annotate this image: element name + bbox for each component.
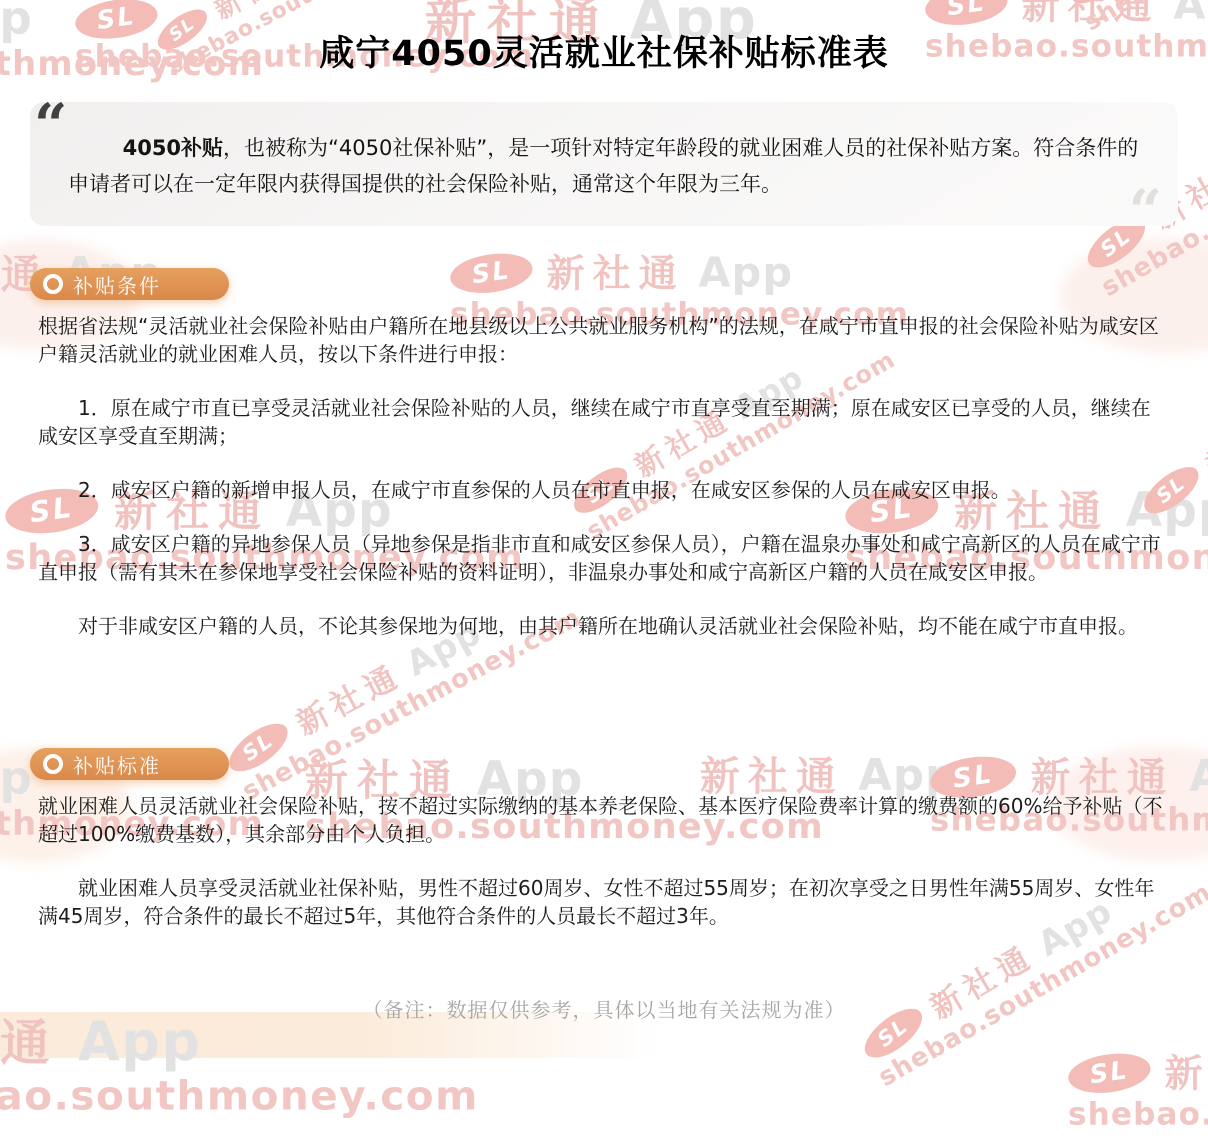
section-heading-label: 补贴条件 (73, 270, 161, 299)
watermark-sl-logo: SL (1066, 1049, 1153, 1098)
paragraph: 3．咸安区户籍的异地参保人员（异地参保是指非市直和咸安区参保人员），户籍在温泉办… (38, 530, 1170, 586)
paragraph: 就业困难人员享受灵活就业社保补贴，男性不超过60周岁、女性不超过55周岁；在初次… (38, 874, 1170, 930)
intro-quote-box: “ 4050补贴，也被称为“4050社保补贴”，是一项针对特定年龄段的就业困难人… (30, 102, 1178, 226)
paragraph: 对于非咸安区户籍的人员，不论其参保地为何地，由其户籍所在地确认灵活就业社会保险补… (38, 612, 1170, 640)
section-heading-subsidy-standard: 补贴标准 (30, 748, 229, 780)
watermark-domain: shebao.southmoney.com (0, 1076, 479, 1119)
article: 咸宁4050灵活就业社保补贴标准表 “ 4050补贴，也被称为“4050社保补贴… (0, 26, 1208, 1023)
watermark: SL新社通App shebao.southmoney.com (0, 1015, 479, 1119)
close-quote-icon: “ (1129, 182, 1162, 240)
paragraph: 1．原在咸宁市直已享受灵活就业社会保险补贴的人员，继续在咸宁市直享受直至期满；原… (38, 394, 1170, 450)
watermark-domain: shebao.southmoney.com (1068, 1099, 1208, 1132)
intro-text: ，也被称为“4050社保补贴”，是一项针对特定年龄段的就业困难人员的社保补贴方案… (68, 136, 1138, 196)
page-title: 咸宁4050灵活就业社保补贴标准表 (0, 26, 1208, 76)
ring-icon (43, 274, 63, 294)
section-conditions-body: 根据省法规“灵活就业社会保险补贴由户籍所在地县级以上公共就业服务机构”的法规，在… (38, 312, 1170, 640)
open-quote-icon: “ (34, 96, 67, 154)
paragraph: 就业困难人员灵活就业社会保险补贴，按不超过实际缴纳的基本养老保险、基本医疗保险费… (38, 792, 1170, 848)
footer-disclaimer: （备注：数据仅供参考，具体以当地有关法规为准） (0, 994, 1208, 1023)
section-heading-label: 补贴标准 (73, 750, 161, 779)
paragraph: 根据省法规“灵活就业社会保险补贴由户籍所在地县级以上公共就业服务机构”的法规，在… (38, 312, 1170, 368)
intro-paragraph: 4050补贴，也被称为“4050社保补贴”，是一项针对特定年龄段的就业困难人员的… (68, 130, 1140, 202)
paragraph: 2．咸安区户籍的新增申报人员，在咸宁市直参保的人员在市直申报，在咸安区参保的人员… (38, 476, 1170, 504)
intro-bold-lead: 4050补贴 (123, 136, 223, 160)
section-heading-subsidy-conditions: 补贴条件 (30, 268, 229, 300)
ring-icon (43, 754, 63, 774)
watermark: SL新社通App shebao.southmoney.com (1068, 1052, 1208, 1132)
section-standard-body: 就业困难人员灵活就业社会保险补贴，按不超过实际缴纳的基本养老保险、基本医疗保险费… (38, 792, 1170, 930)
